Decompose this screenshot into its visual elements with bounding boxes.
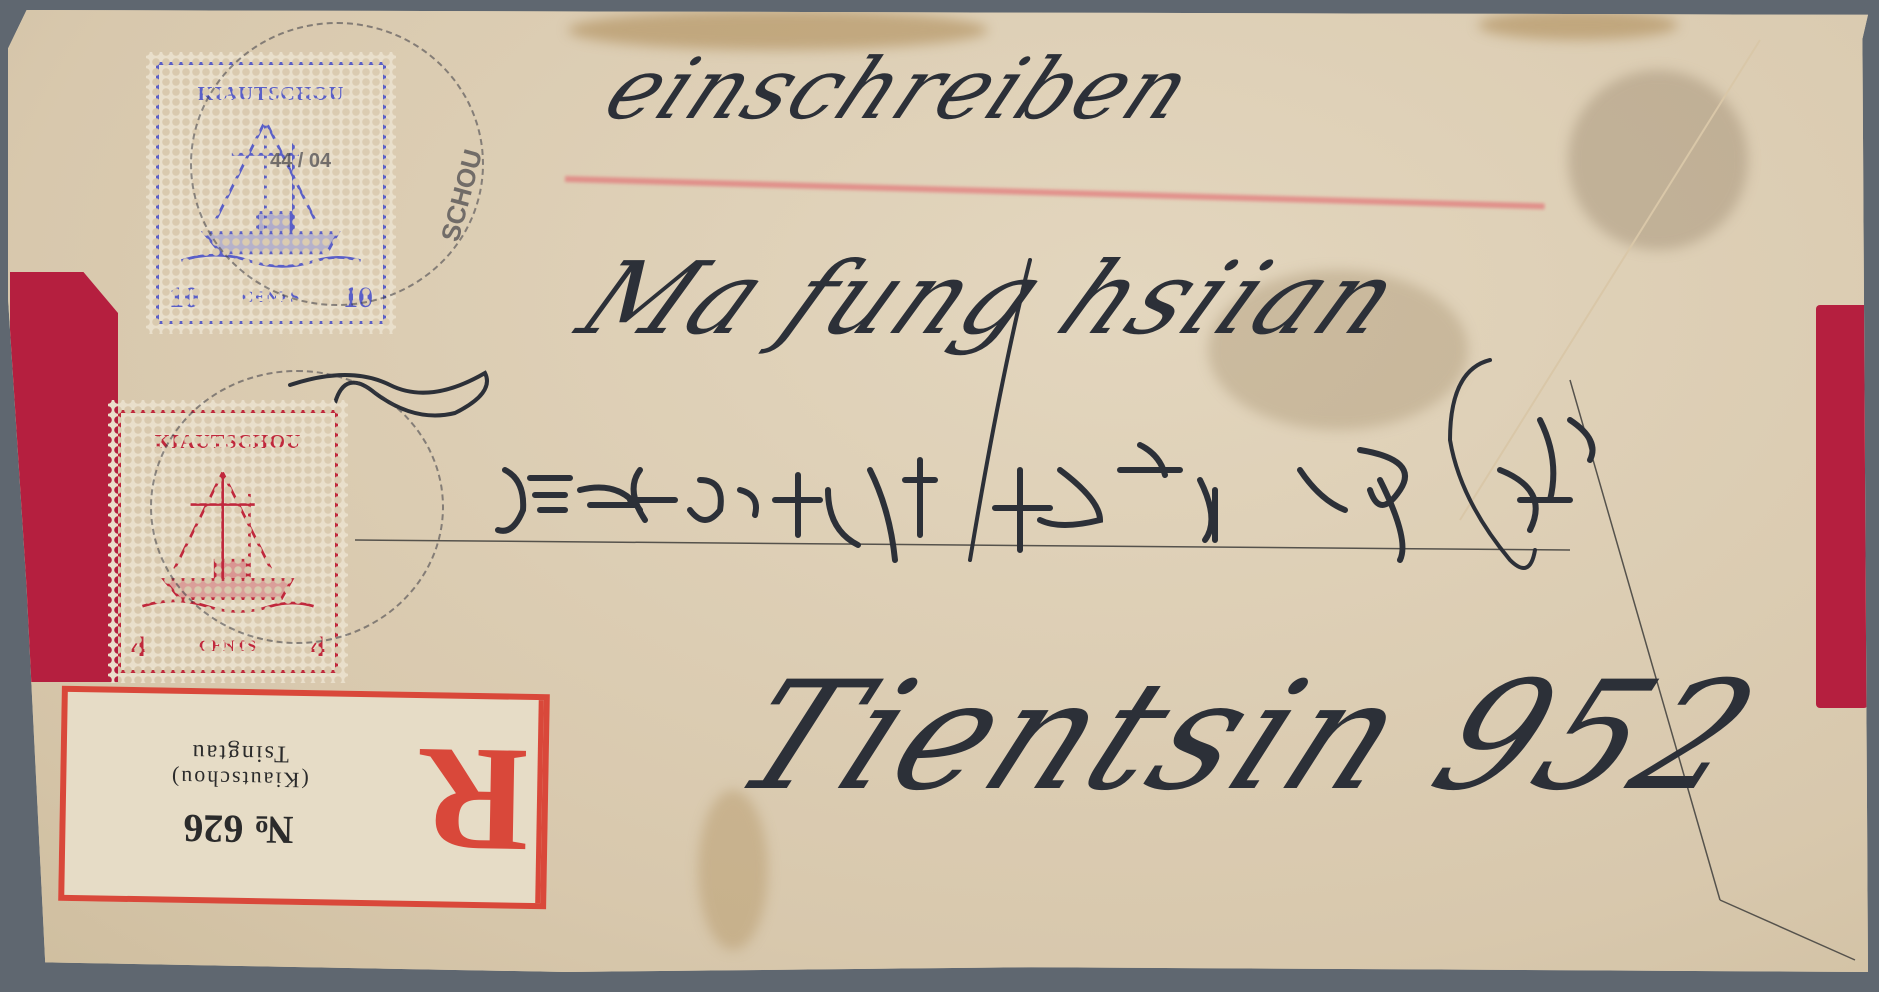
chinese-address-strokes [498,420,1593,560]
stamp-value-left: 4 [131,630,146,664]
registration-text: № 626 (Kiautschou) Tsingtau [64,692,413,901]
handwritten-addressee-name: Ma fung hsiian [560,240,1423,357]
postmark-upper [190,22,484,306]
registration-region: (Kiautschou) [170,765,309,793]
handwritten-einschreiben: einschreiben [590,40,1209,138]
registration-label-frame: R № 626 (Kiautschou) Tsingtau [58,686,550,909]
registration-city: Tsingtau [190,739,289,768]
registration-number: № 626 [183,805,294,854]
stamp-value-left: 10 [169,281,199,315]
registration-label: R № 626 (Kiautschou) Tsingtau [58,686,550,909]
registration-letter: R [419,725,530,877]
postmark-lower [150,370,444,644]
handwritten-destination-city: Tientsin 952 [710,650,1785,824]
registration-r-box: R [410,698,544,903]
stamp-unit: CENTS [199,638,257,656]
postmark-upper-date: 44 / 04 [270,150,331,173]
